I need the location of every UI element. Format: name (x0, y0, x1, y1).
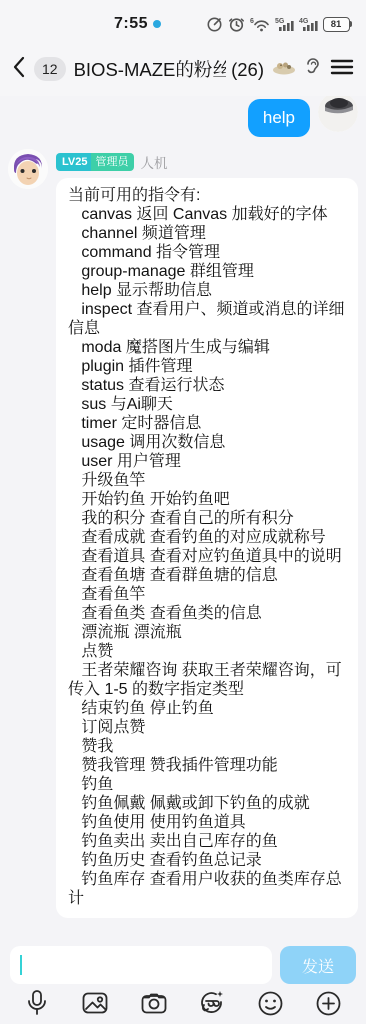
user-message-bubble[interactable]: help (248, 99, 310, 137)
alarm-icon (228, 16, 245, 33)
user-message-row: help (8, 96, 358, 137)
emoji-icon[interactable] (256, 988, 286, 1018)
signal-5g-icon: 5G (275, 16, 294, 33)
text-caret (20, 955, 22, 975)
ear-icon[interactable] (305, 57, 321, 82)
signal-4g-icon: 4G (299, 16, 318, 33)
sender-name: 人机 (140, 152, 167, 172)
unread-count-badge[interactable]: 12 (34, 57, 66, 81)
data-saver-icon (206, 16, 223, 33)
bot-message-bubble[interactable]: 当前可用的指令有: canvas 返回 Canvas 加载好的字体 channe… (56, 178, 358, 918)
back-icon[interactable] (12, 55, 26, 84)
message-input[interactable] (10, 946, 272, 984)
menu-icon[interactable] (330, 57, 354, 82)
gallery-icon[interactable] (80, 988, 110, 1018)
bot-message-row: LV25 管理员 人机 当前可用的指令有: canvas 返回 Canvas 加… (8, 149, 358, 918)
battery-percent: 81 (323, 17, 350, 32)
sender-info-row: LV25 管理员 人机 (56, 151, 358, 173)
battery-icon: 81 (323, 17, 353, 32)
plus-icon[interactable] (314, 988, 344, 1018)
phone-screen: 7:55 6 5G 4G 81 (0, 0, 366, 1024)
send-button[interactable]: 发送 (280, 946, 356, 984)
role-badge-label: 管理员 (91, 153, 134, 171)
user-avatar[interactable] (318, 96, 358, 132)
group-title: BIOS-MAZE的粉丝群【... (74, 56, 227, 82)
ai-sticker-icon[interactable] (197, 988, 227, 1018)
svg-text:6: 6 (250, 18, 254, 25)
group-tag-image (272, 59, 296, 80)
clock-time: 7:55 (114, 15, 148, 33)
wifi6-icon: 6 (250, 16, 270, 33)
chat-header: 12 BIOS-MAZE的粉丝群【... (26) (0, 42, 366, 96)
notification-dot-icon (153, 20, 161, 28)
svg-text:4G: 4G (299, 18, 309, 25)
message-list[interactable]: help LV25 管理员 人机 当前可用的指令有: canvas 返回 Can… (0, 96, 366, 942)
composer-bar: 发送 (0, 942, 366, 988)
bot-avatar[interactable] (8, 149, 48, 189)
member-count: (26) (231, 59, 264, 81)
member-level-badge: LV25 管理员 (56, 153, 134, 171)
bottom-toolbar (0, 988, 366, 1024)
level-badge-label: LV25 (56, 153, 91, 171)
camera-icon[interactable] (139, 988, 169, 1018)
mic-icon[interactable] (22, 988, 52, 1018)
svg-text:5G: 5G (275, 18, 285, 25)
status-bar: 7:55 6 5G 4G 81 (0, 0, 366, 42)
